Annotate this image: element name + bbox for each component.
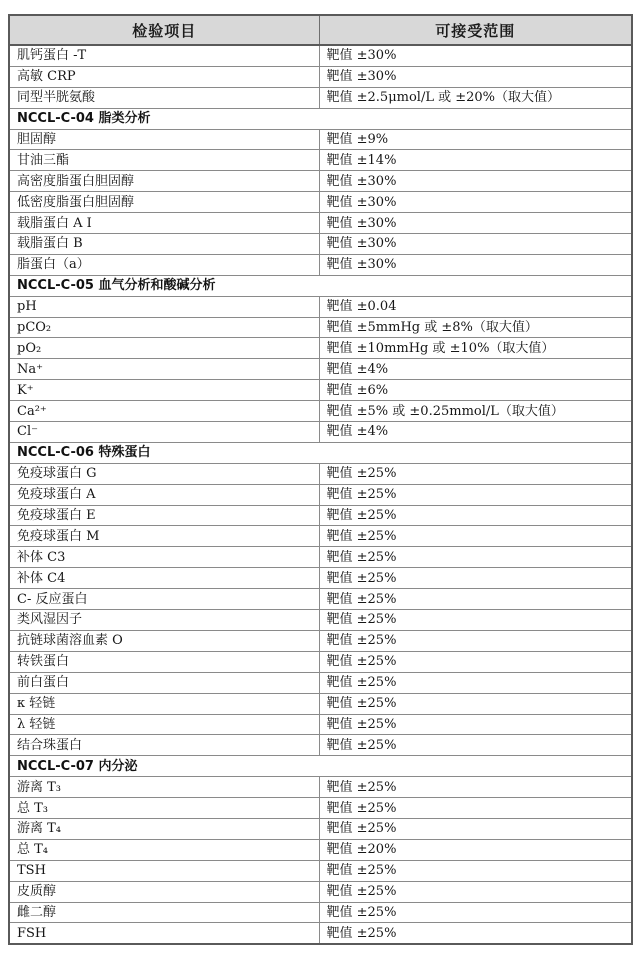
table-row: λ 轻链靶值 ±25% [9,714,632,735]
item-cell: 免疫球蛋白 M [9,526,319,547]
column-header-test-item: 检验项目 [9,15,319,45]
range-cell: 靶值 ±20% [319,839,632,860]
section-row: NCCL-C-07 内分泌 [9,756,632,777]
item-cell: 低密度脂蛋白胆固醇 [9,192,319,213]
range-cell: 靶值 ±5% 或 ±0.25mmol/L（取大值） [319,401,632,422]
range-cell: 靶值 ±25% [319,463,632,484]
item-cell: TSH [9,860,319,881]
range-cell: 靶值 ±30% [319,66,632,87]
table-row: 抗链球菌溶血素 O靶值 ±25% [9,630,632,651]
item-cell: 载脂蛋白 A Ⅰ [9,213,319,234]
item-cell: 脂蛋白（a） [9,254,319,275]
range-cell: 靶值 ±30% [319,254,632,275]
table-row: 免疫球蛋白 G靶值 ±25% [9,463,632,484]
item-cell: pO₂ [9,338,319,359]
range-cell: 靶值 ±6% [319,380,632,401]
section-label: NCCL-C-07 内分泌 [9,756,632,777]
range-cell: 靶值 ±4% [319,422,632,443]
item-cell: 载脂蛋白 B [9,234,319,255]
column-header-acceptable-range: 可接受范围 [319,15,632,45]
item-cell: 皮质醇 [9,881,319,902]
table-row: 游离 T₄靶值 ±25% [9,818,632,839]
item-cell: λ 轻链 [9,714,319,735]
section-row: NCCL-C-04 脂类分析 [9,108,632,129]
table-row: 类风湿因子靶值 ±25% [9,610,632,631]
range-cell: 靶值 ±9% [319,129,632,150]
range-cell: 靶值 ±5mmHg 或 ±8%（取大值） [319,317,632,338]
header-row: 检验项目 可接受范围 [9,15,632,45]
item-cell: pCO₂ [9,317,319,338]
item-cell: 高密度脂蛋白胆固醇 [9,171,319,192]
item-cell: 胆固醇 [9,129,319,150]
item-cell: pH [9,296,319,317]
table-row: Ca²⁺靶值 ±5% 或 ±0.25mmol/L（取大值） [9,401,632,422]
table-row: 结合珠蛋白靶值 ±25% [9,735,632,756]
section-label: NCCL-C-06 特殊蛋白 [9,442,632,463]
range-cell: 靶值 ±30% [319,192,632,213]
item-cell: 总 T₄ [9,839,319,860]
table-row: 雌二醇靶值 ±25% [9,902,632,923]
range-cell: 靶值 ±25% [319,735,632,756]
range-cell: 靶值 ±25% [319,630,632,651]
table-row: 总 T₄靶值 ±20% [9,839,632,860]
range-cell: 靶值 ±30% [319,171,632,192]
table-row: 脂蛋白（a）靶值 ±30% [9,254,632,275]
table-row: 免疫球蛋白 M靶值 ±25% [9,526,632,547]
document-page: 检验项目 可接受范围 肌钙蛋白 -T靶值 ±30%高敏 CRP靶值 ±30%同型… [0,0,640,958]
item-cell: κ 轻链 [9,693,319,714]
table-row: K⁺靶值 ±6% [9,380,632,401]
table-row: 总 T₃靶值 ±25% [9,798,632,819]
range-cell: 靶值 ±25% [319,547,632,568]
item-cell: K⁺ [9,380,319,401]
range-cell: 靶值 ±25% [319,881,632,902]
table-row: κ 轻链靶值 ±25% [9,693,632,714]
acceptable-range-table: 检验项目 可接受范围 肌钙蛋白 -T靶值 ±30%高敏 CRP靶值 ±30%同型… [8,14,633,945]
table-row: 肌钙蛋白 -T靶值 ±30% [9,45,632,66]
range-cell: 靶值 ±14% [319,150,632,171]
range-cell: 靶值 ±25% [319,777,632,798]
table-row: pH靶值 ±0.04 [9,296,632,317]
table-row: 前白蛋白靶值 ±25% [9,672,632,693]
item-cell: 游离 T₄ [9,818,319,839]
range-cell: 靶值 ±10mmHg 或 ±10%（取大值） [319,338,632,359]
table-row: pO₂靶值 ±10mmHg 或 ±10%（取大值） [9,338,632,359]
item-cell: Na⁺ [9,359,319,380]
range-cell: 靶值 ±30% [319,45,632,66]
item-cell: 游离 T₃ [9,777,319,798]
section-label: NCCL-C-04 脂类分析 [9,108,632,129]
range-cell: 靶值 ±25% [319,568,632,589]
table-row: TSH靶值 ±25% [9,860,632,881]
range-cell: 靶值 ±25% [319,923,632,944]
table-row: 同型半胱氨酸靶值 ±2.5μmol/L 或 ±20%（取大值） [9,87,632,108]
range-cell: 靶值 ±25% [319,589,632,610]
table-row: Cl⁻靶值 ±4% [9,422,632,443]
table-row: 皮质醇靶值 ±25% [9,881,632,902]
range-cell: 靶值 ±25% [319,484,632,505]
table-row: 免疫球蛋白 A靶值 ±25% [9,484,632,505]
table-row: Na⁺靶值 ±4% [9,359,632,380]
section-row: NCCL-C-05 血气分析和酸碱分析 [9,275,632,296]
range-cell: 靶值 ±25% [319,818,632,839]
range-cell: 靶值 ±25% [319,798,632,819]
item-cell: Cl⁻ [9,422,319,443]
table-row: 补体 C3靶值 ±25% [9,547,632,568]
item-cell: 总 T₃ [9,798,319,819]
item-cell: 雌二醇 [9,902,319,923]
range-cell: 靶值 ±25% [319,714,632,735]
item-cell: 甘油三酯 [9,150,319,171]
table-row: FSH靶值 ±25% [9,923,632,944]
range-cell: 靶值 ±25% [319,505,632,526]
item-cell: 同型半胱氨酸 [9,87,319,108]
range-cell: 靶值 ±25% [319,693,632,714]
table-row: 甘油三酯靶值 ±14% [9,150,632,171]
item-cell: 抗链球菌溶血素 O [9,630,319,651]
table-row: pCO₂靶值 ±5mmHg 或 ±8%（取大值） [9,317,632,338]
table-row: 补体 C4靶值 ±25% [9,568,632,589]
range-cell: 靶值 ±25% [319,902,632,923]
section-row: NCCL-C-06 特殊蛋白 [9,442,632,463]
range-cell: 靶值 ±25% [319,526,632,547]
table-row: 高密度脂蛋白胆固醇靶值 ±30% [9,171,632,192]
item-cell: 高敏 CRP [9,66,319,87]
item-cell: 免疫球蛋白 E [9,505,319,526]
range-cell: 靶值 ±30% [319,234,632,255]
item-cell: 免疫球蛋白 G [9,463,319,484]
table-row: 胆固醇靶值 ±9% [9,129,632,150]
table-row: C- 反应蛋白靶值 ±25% [9,589,632,610]
range-cell: 靶值 ±25% [319,651,632,672]
table-row: 低密度脂蛋白胆固醇靶值 ±30% [9,192,632,213]
range-cell: 靶值 ±25% [319,672,632,693]
range-cell: 靶值 ±4% [319,359,632,380]
range-cell: 靶值 ±25% [319,610,632,631]
section-label: NCCL-C-05 血气分析和酸碱分析 [9,275,632,296]
item-cell: 补体 C3 [9,547,319,568]
table-row: 免疫球蛋白 E靶值 ±25% [9,505,632,526]
table-row: 载脂蛋白 B靶值 ±30% [9,234,632,255]
item-cell: 肌钙蛋白 -T [9,45,319,66]
range-cell: 靶值 ±25% [319,860,632,881]
item-cell: 结合珠蛋白 [9,735,319,756]
table-row: 高敏 CRP靶值 ±30% [9,66,632,87]
table-row: 转铁蛋白靶值 ±25% [9,651,632,672]
table-row: 游离 T₃靶值 ±25% [9,777,632,798]
item-cell: 补体 C4 [9,568,319,589]
range-cell: 靶值 ±0.04 [319,296,632,317]
table-row: 载脂蛋白 A Ⅰ靶值 ±30% [9,213,632,234]
range-cell: 靶值 ±2.5μmol/L 或 ±20%（取大值） [319,87,632,108]
item-cell: 免疫球蛋白 A [9,484,319,505]
item-cell: 类风湿因子 [9,610,319,631]
item-cell: C- 反应蛋白 [9,589,319,610]
item-cell: Ca²⁺ [9,401,319,422]
item-cell: 转铁蛋白 [9,651,319,672]
range-cell: 靶值 ±30% [319,213,632,234]
table-body: 肌钙蛋白 -T靶值 ±30%高敏 CRP靶值 ±30%同型半胱氨酸靶值 ±2.5… [9,45,632,944]
item-cell: FSH [9,923,319,944]
item-cell: 前白蛋白 [9,672,319,693]
